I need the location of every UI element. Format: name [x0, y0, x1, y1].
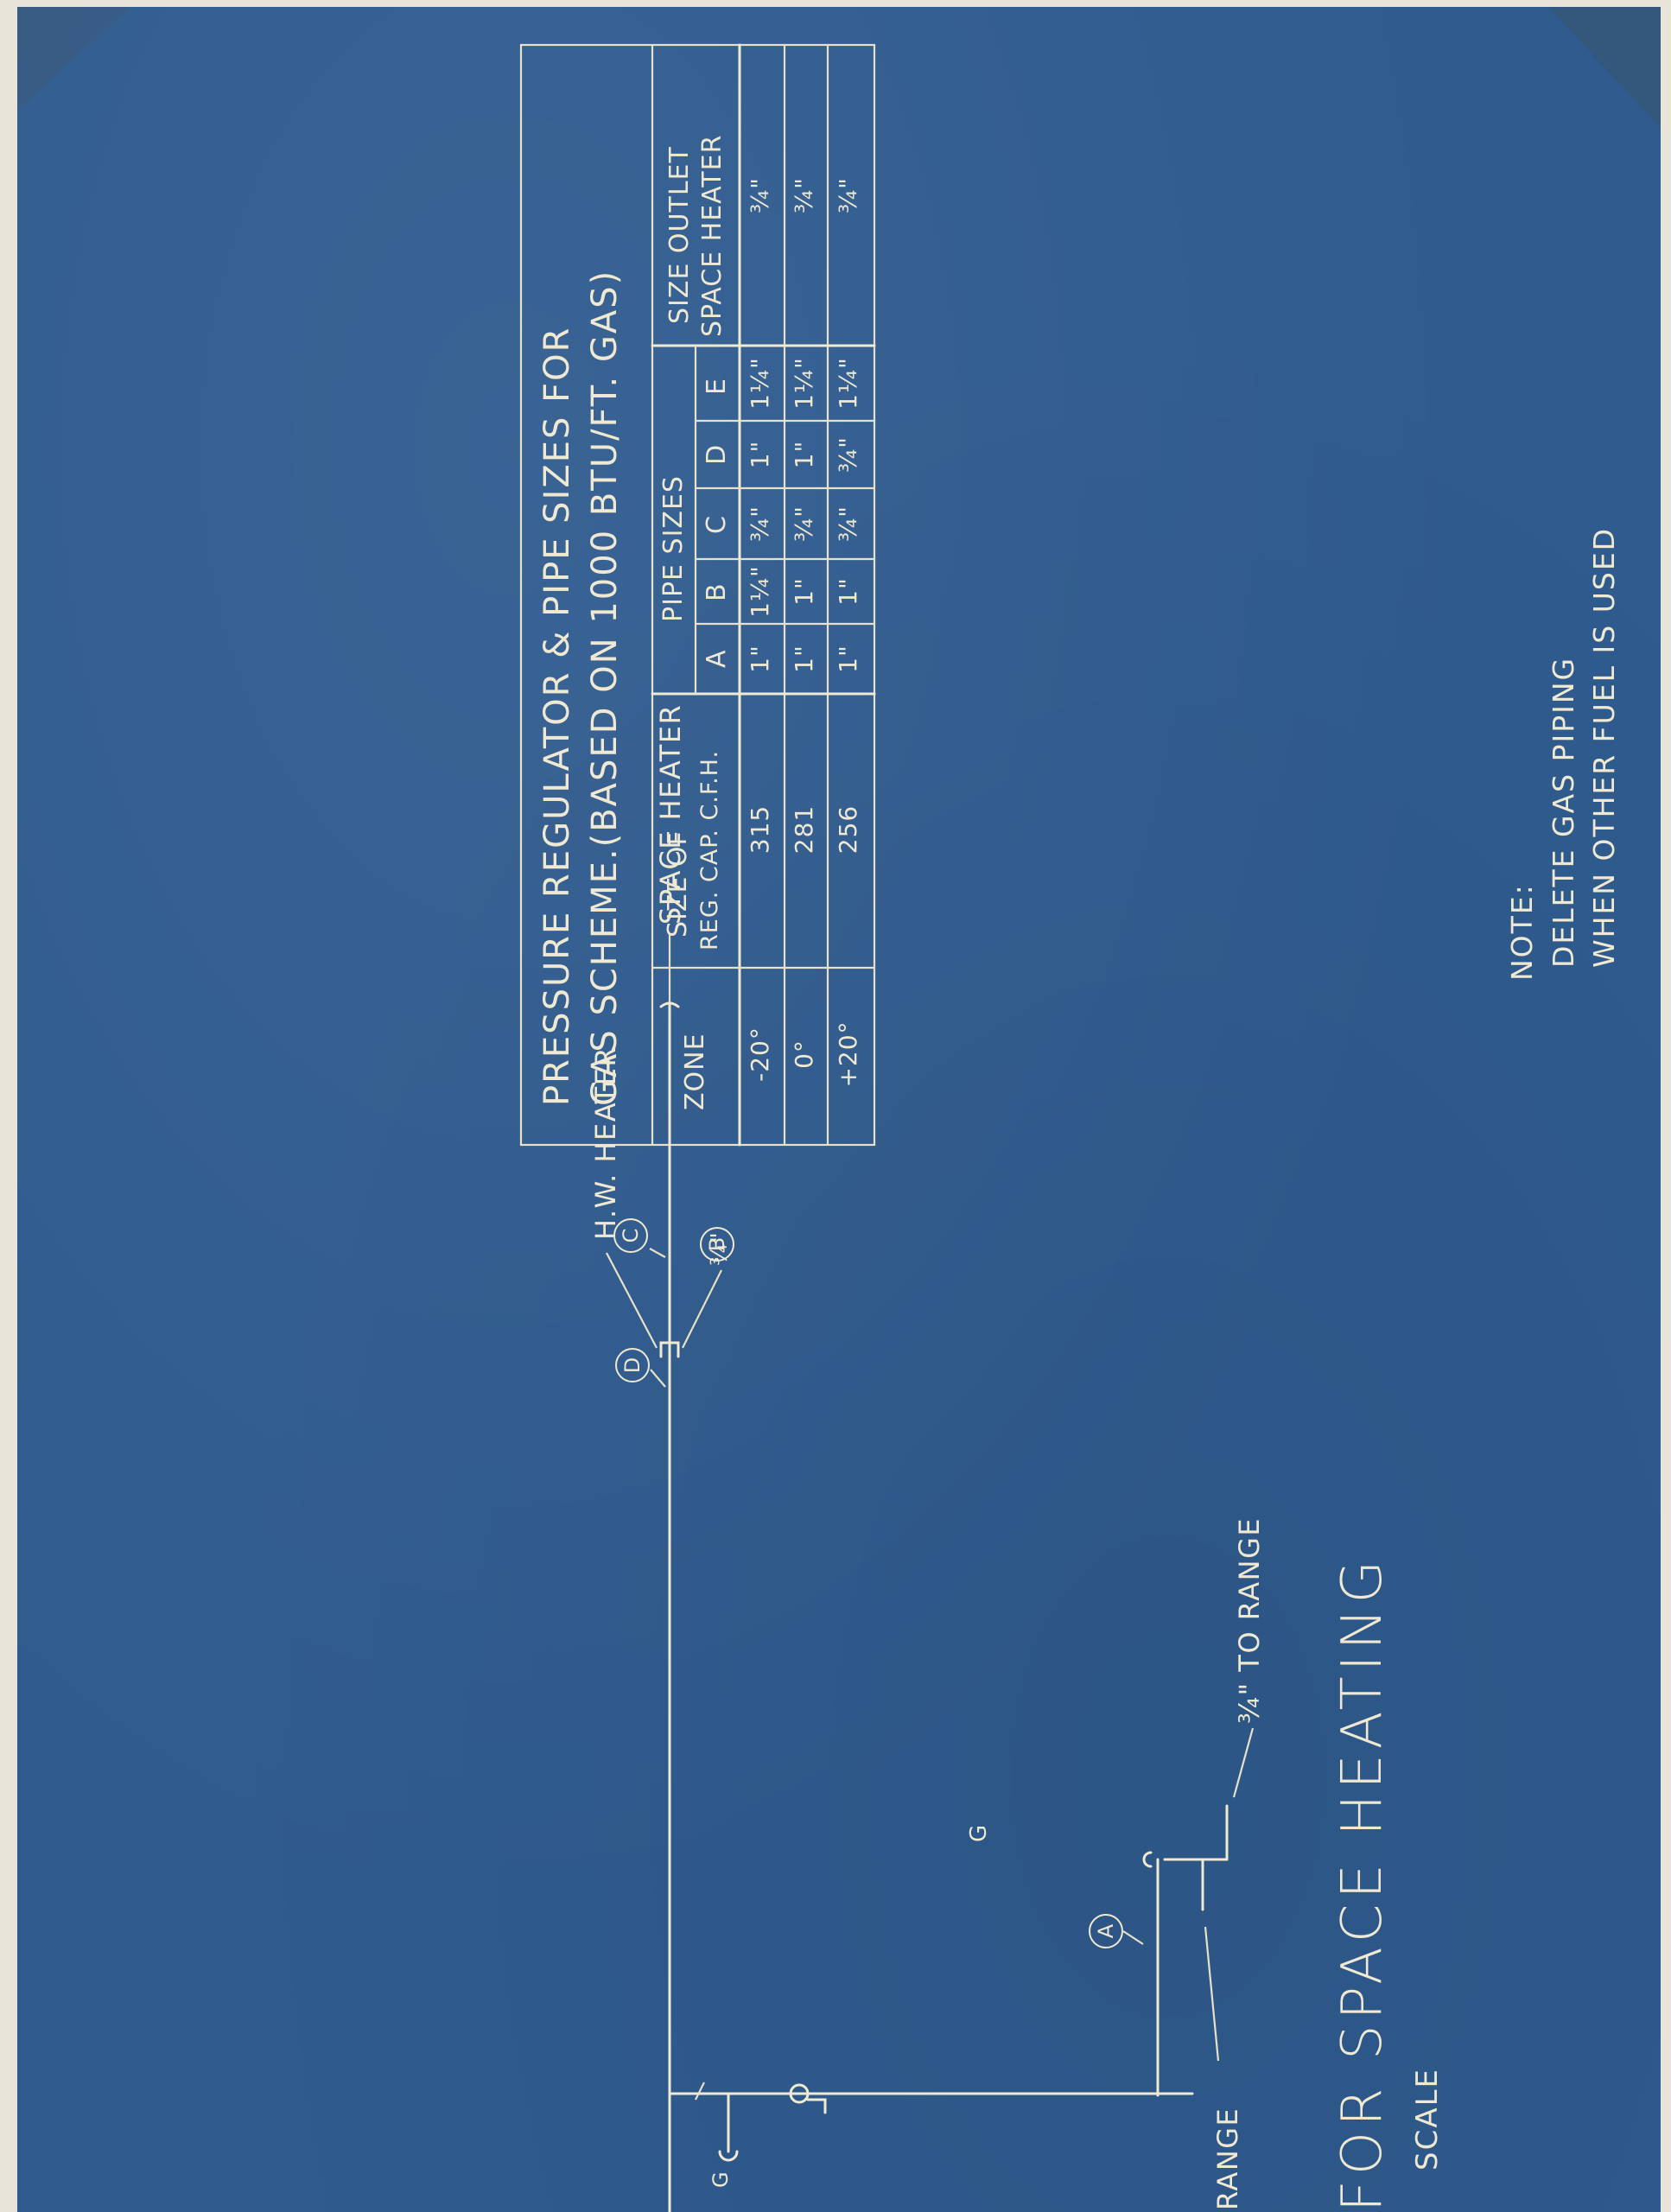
cell-reg-cap: 281 [792, 760, 816, 899]
cell-b: 1" [836, 559, 861, 624]
to-range-leader [1234, 1728, 1253, 1797]
hw-heater-leader [607, 1253, 657, 1348]
cell-a: 1" [792, 624, 816, 694]
cell-outlet: ¾" [836, 45, 861, 346]
fitting-bubble-b: B [700, 1227, 734, 1262]
label-space-heater: SPACE HEATER [657, 704, 684, 925]
fitting-bubble-d: D [615, 1348, 650, 1382]
cell-reg-cap: 256 [836, 760, 861, 899]
fitting-bubble-a: A [1089, 1914, 1123, 1948]
rotated-drawing: PRESSURE REGULATOR & PIPE SIZES FOR GAS … [0, 0, 1671, 2212]
drawing-linework [0, 0, 1671, 2212]
note-heading: NOTE: [1508, 883, 1536, 981]
header-pipe-a: A [704, 649, 730, 668]
cell-c: ¾" [836, 488, 861, 559]
cell-e: 1¼" [748, 346, 772, 421]
header-pipe-sizes: PIPE SIZES [661, 475, 687, 622]
size-leader [683, 1270, 721, 1348]
scale-label: SCALE [1413, 2068, 1442, 2171]
cell-e: 1¼" [836, 346, 861, 421]
header-pipe-d: D [704, 444, 730, 465]
cell-zone: +20° [836, 994, 861, 1115]
gas-line-marker: G [710, 2171, 731, 2188]
cell-b: 1" [792, 559, 816, 624]
range-leader [1205, 1927, 1218, 2061]
cell-outlet: ¾" [748, 45, 772, 346]
cell-c: ¾" [748, 488, 772, 559]
table-title-line-1: PRESSURE REGULATOR & PIPE SIZES FOR [540, 327, 575, 1106]
header-zone: ZONE [683, 1033, 708, 1110]
header-outlet-line-1: SIZE OUTLET [667, 146, 693, 324]
note-line-2: WHEN OTHER FUEL IS USED [1590, 527, 1618, 968]
cell-zone: -20° [748, 994, 772, 1115]
table-title-line-2: GAS SCHEME.(BASED ON 1000 BTU/FT. GAS) [588, 270, 622, 1106]
cell-d: ¾" [836, 421, 861, 488]
note-line-1: DELETE GAS PIPING [1549, 657, 1578, 968]
cell-outlet: ¾" [792, 45, 816, 346]
header-pipe-b: B [704, 582, 730, 601]
cell-d: 1" [748, 421, 772, 488]
header-reg-cap-line-2: REG. CAP. C.F.H. [698, 750, 721, 950]
label-hw-heater: H.W. HEATER [592, 1046, 619, 1240]
gas-line-marker: G [968, 1823, 990, 1842]
cell-e: 1¼" [792, 346, 816, 421]
cell-zone: 0° [792, 994, 816, 1115]
cell-a: 1" [748, 624, 772, 694]
cell-d: 1" [792, 421, 816, 488]
cell-b: 1¼" [748, 559, 772, 624]
header-pipe-e: E [704, 378, 730, 395]
label-range: RANGE [1214, 2107, 1242, 2210]
cell-a: 1" [836, 624, 861, 694]
sheet-title: FOR SPACE HEATING [1335, 1555, 1390, 2212]
cell-reg-cap: 315 [748, 760, 772, 899]
header-pipe-c: C [704, 515, 730, 534]
fitting-bubble-c: C [613, 1218, 648, 1253]
cell-c: ¾" [792, 488, 816, 559]
header-outlet-line-2: SPACE HEATER [700, 135, 726, 337]
label-to-range: ¾" TO RANGE [1236, 1517, 1263, 1724]
